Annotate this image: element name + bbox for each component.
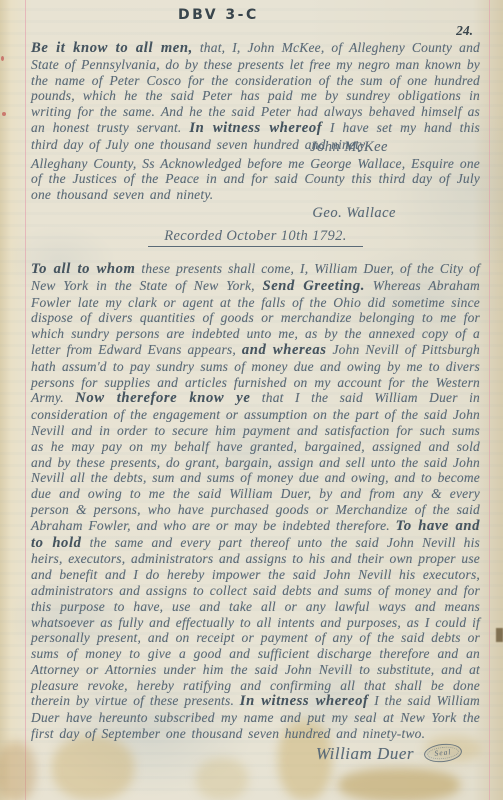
page-content: Be it know to all men, that, I, John McK… xyxy=(31,40,480,763)
assignment-text: To all to whom these presents shall come… xyxy=(31,261,480,742)
scan-artifact xyxy=(2,112,6,116)
manumission-text: Be it know to all men, that, I, John McK… xyxy=(31,40,480,153)
recorded-date-row: Recorded October 10th 1792. xyxy=(31,227,480,247)
opening-phrase: To all to whom xyxy=(31,261,136,277)
signature-line: William DuerSeal xyxy=(31,745,480,763)
assignment-body-5: the same and every part thereof unto the… xyxy=(31,535,480,709)
manumission-record: Be it know to all men, that, I, John McK… xyxy=(31,40,480,247)
greeting-phrase: Send Greeting. xyxy=(262,278,365,294)
scan-artifact xyxy=(1,56,4,61)
seal-label: Seal xyxy=(434,747,452,758)
scan-artifact xyxy=(496,628,503,642)
opening-phrase: Be it know to all men, xyxy=(31,40,193,56)
margin-line-left xyxy=(25,0,26,800)
manuscript-page-scan: DBV 3-C 24. Be it know to all men, that,… xyxy=(0,0,503,800)
assignment-record: To all to whom these presents shall come… xyxy=(31,261,480,763)
acknowledgment-text: Alleghany County, Ss Acknowledged before… xyxy=(31,156,480,203)
signature-line: Geo. Wallace xyxy=(31,204,480,222)
page-number: 24. xyxy=(456,23,473,39)
therefore-phrase: Now therefore know ye xyxy=(75,390,250,406)
recorded-date-line: Recorded October 10th 1792. xyxy=(148,228,363,247)
signature-william-duer: William Duer xyxy=(316,744,414,763)
whereas-phrase: and whereas xyxy=(242,342,327,358)
signature-john-mckee: John McKee xyxy=(310,139,388,155)
assignment-body-4: that I the said William Duer in consider… xyxy=(31,390,480,532)
seal-mark: Seal xyxy=(423,742,463,764)
margin-line-right xyxy=(489,0,490,800)
paper-stain xyxy=(338,768,460,800)
witness-phrase: In witness whereof xyxy=(240,693,369,709)
signature-geo-wallace: Geo. Wallace xyxy=(312,205,396,221)
witness-phrase: In witness whereof xyxy=(189,120,322,136)
volume-label: DBV 3-C xyxy=(178,7,259,23)
paper-stain xyxy=(196,758,248,800)
